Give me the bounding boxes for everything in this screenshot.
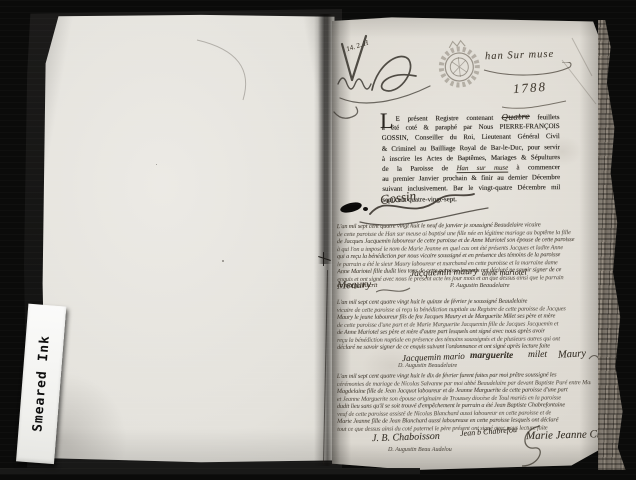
witness-signature: J. B. Chaboisson [372,431,440,444]
clerk-signature: D. Augustin Beau Audelou [388,447,452,453]
parish-name-insert: Han sur muse [457,165,509,173]
signature-flourish-icon [376,284,414,298]
label-text: Smeared Ink [30,335,53,433]
archival-scan: 14. 2. H han Sur muse 1788 [0,0,636,480]
ink-speck [222,260,224,262]
struck-folio-count: Quatre [501,112,530,123]
witness-signature: milet [528,350,547,360]
parish-name-inscription: han Sur muse [485,49,555,62]
scanner-bed-band [0,468,420,474]
clerk-signature: P. Augustin Beaudelaire [450,282,510,289]
marriage-act-2: L'an mil sept cent quatre vingt huit le … [337,297,591,351]
left-page [36,14,336,464]
page-fold-lines [558,36,602,116]
ink-speck [156,164,157,165]
right-page: 14. 2. H han Sur muse 1788 [332,16,604,470]
faint-crease-mark [191,36,271,106]
witness-signature: Maury [558,348,587,360]
binding-stitch-cross [323,252,324,266]
binding-gutter-shadow-top [318,14,332,264]
page-edges-texture [598,20,628,470]
witness-signature: Meaury [337,278,372,291]
paper-stain [362,346,422,386]
parish-stamp-icon [433,36,484,93]
year-inscription: 1788 [512,79,547,97]
label-paper-strip: Smeared Ink [16,304,66,464]
witness-signature: marguerite [470,351,513,361]
witness-signature: anne mariotel [482,268,527,278]
paper-stain [542,136,582,166]
